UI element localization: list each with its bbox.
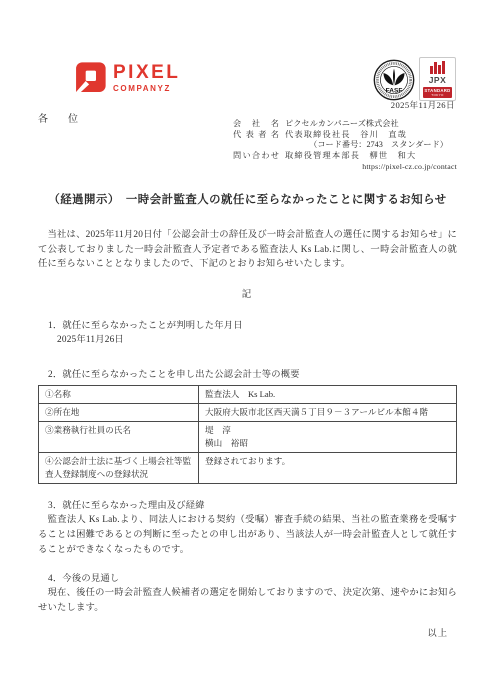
table-row-registration: ④公認会計士法に基づく上場会社等監査人登録制度への登録状況 登録されております。 xyxy=(39,453,457,484)
row-label: ①名称 xyxy=(39,386,199,404)
row-label: ②所在地 xyxy=(39,404,199,422)
jpx-standard-logo: JPX STANDARD TOKYO xyxy=(419,57,456,101)
section-4-heading: 4．今後の見通し xyxy=(38,570,457,584)
row-value: 大阪府大阪市北区西天満５丁目９－３アールビル本館４階 xyxy=(199,404,457,422)
row-label: ③業務執行社員の氏名 xyxy=(39,422,199,453)
representative-label: 代表者名 xyxy=(233,130,279,140)
jpx-market-city: TOKYO xyxy=(431,93,443,97)
section-3-heading: 3．就任に至らなかった理由及び経緯 xyxy=(38,497,457,511)
jpx-bars-icon xyxy=(430,61,445,74)
record-mark: 記 xyxy=(38,286,457,300)
row-value: 登録されております。 xyxy=(199,453,457,484)
company-info-block: 会社名 ピクセルカンパニーズ株式会社 代表者名 代表取締役社長 谷川 直哉 （コ… xyxy=(233,119,457,173)
company-name-value: ピクセルカンパニーズ株式会社 xyxy=(285,119,399,129)
contact-url-link[interactable]: https://pixel-cz.co.jp/contact xyxy=(362,162,457,171)
contact-value: 取締役管理本部長 柳世 和大 xyxy=(285,151,416,161)
stock-code-value: （コード番号：2743 スタンダード） xyxy=(309,140,448,149)
contact-url-row: https://pixel-cz.co.jp/contact xyxy=(233,162,457,172)
table-row-address: ②所在地 大阪府大阪市北区西天満５丁目９－３アールビル本館４階 xyxy=(39,404,457,422)
auditor-overview-table: ①名称 監査法人 Ks Lab. ②所在地 大阪府大阪市北区西天満５丁目９－３ア… xyxy=(38,385,457,484)
pixel-logo-icon xyxy=(74,61,107,94)
fasf-seal-icon: FASF xyxy=(373,59,415,101)
representative-value: 代表取締役社長 谷川 直哉 xyxy=(285,130,407,140)
section-1: 1．就任に至らなかったことが判明した年月日 2025年11月26日 xyxy=(38,317,457,348)
table-row-partners: ③業務執行社員の氏名 堤 淳 横山 裕昭 xyxy=(39,422,457,453)
stock-code-row: （コード番号：2743 スタンダード） xyxy=(233,140,457,150)
contact-label: 問い合わせ xyxy=(233,151,279,161)
jpx-label: JPX xyxy=(429,75,447,85)
addressee: 各 位 xyxy=(38,110,78,125)
table-row-name: ①名称 監査法人 Ks Lab. xyxy=(39,386,457,404)
row-value: 監査法人 Ks Lab. xyxy=(199,386,457,404)
intro-paragraph: 当社は、2025年11月20日付「公認会計士の辞任及び一時会計監査人の選任に関す… xyxy=(38,228,457,272)
document-title: （経過開示） 一時会計監査人の就任に至らなかったことに関するお知らせ xyxy=(38,191,457,207)
section-1-heading: 1．就任に至らなかったことが判明した年月日 xyxy=(38,317,457,331)
section-4: 4．今後の見通し 現在、後任の一時会計監査人候補者の選定を開始しておりますので、… xyxy=(38,570,457,615)
representative-row: 代表者名 代表取締役社長 谷川 直哉 xyxy=(233,130,457,140)
section-3: 3．就任に至らなかった理由及び経緯 監査法人 Ks Lab.より、同法人における… xyxy=(38,497,457,557)
section-2-heading: 2．就任に至らなかったことを申し出た公認会計士等の概要 xyxy=(38,366,457,380)
row-label: ④公認会計士法に基づく上場会社等監査人登録制度への登録状況 xyxy=(39,453,199,484)
document-page: PIXEL COMPANYZ FASF JPX STANDARD TOKYO 2… xyxy=(0,0,490,692)
document-date: 2025年11月26日 xyxy=(391,99,455,111)
jpx-market-band: STANDARD TOKYO xyxy=(423,87,452,99)
contact-row: 問い合わせ 取締役管理本部長 柳世 和大 xyxy=(233,151,457,161)
company-name-row: 会社名 ピクセルカンパニーズ株式会社 xyxy=(233,119,457,129)
section-2: 2．就任に至らなかったことを申し出た公認会計士等の概要 ①名称 監査法人 Ks … xyxy=(38,366,457,484)
company-logo: PIXEL COMPANYZ xyxy=(74,61,180,94)
row-value: 堤 淳 横山 裕昭 xyxy=(199,422,457,453)
section-1-date: 2025年11月26日 xyxy=(38,333,457,348)
document-body: （経過開示） 一時会計監査人の就任に至らなかったことに関するお知らせ 当社は、2… xyxy=(38,191,457,639)
brand-name-bottom: COMPANYZ xyxy=(113,84,180,94)
partner-name-2: 横山 裕昭 xyxy=(205,437,450,450)
closing-mark: 以上 xyxy=(38,625,457,639)
company-name-label: 会社名 xyxy=(233,119,279,129)
section-4-body: 現在、後任の一時会計監査人候補者の選定を開始しておりますので、決定次第、速やかに… xyxy=(38,586,457,615)
partner-name-1: 堤 淳 xyxy=(205,424,450,437)
fasf-seal-label: FASF xyxy=(386,88,403,95)
section-3-body: 監査法人 Ks Lab.より、同法人における契約（受嘱）審査手続の結果、当社の監… xyxy=(38,513,457,557)
brand-name-top: PIXEL xyxy=(113,63,180,82)
